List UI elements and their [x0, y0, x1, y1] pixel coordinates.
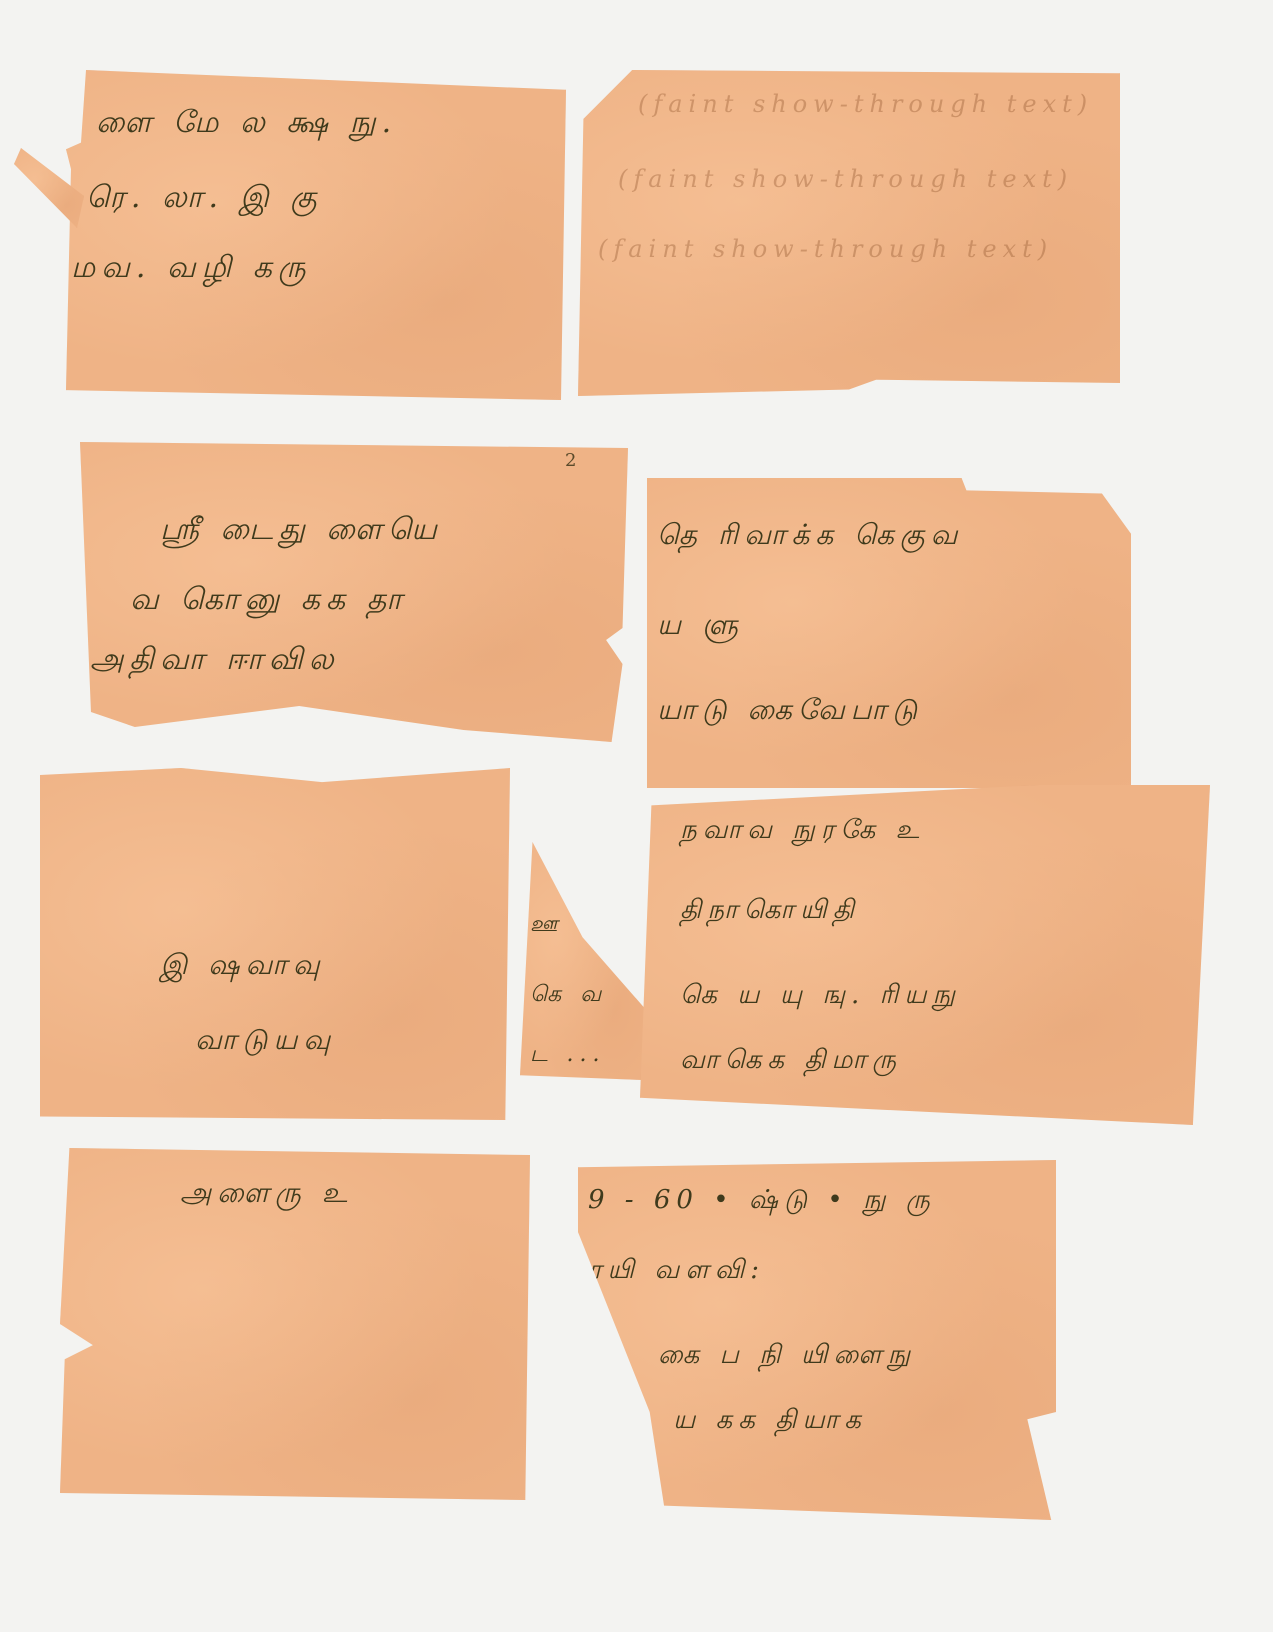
fragment-6: ஊ கெ வ ட ...: [520, 842, 645, 1080]
fragment-9-line-3: கை ப நி யிளைநு: [658, 1340, 916, 1373]
fragment-3: 2 ஸ்ரீ டைது ளையெ வ கொனு கக தா அதிவா ஈாவி…: [80, 442, 628, 742]
fragment-9-line-4: ய கக தியாக: [673, 1405, 867, 1438]
fragment-5: இ ஷவாவு வாடுயவு: [40, 768, 510, 1120]
fragment-1: ளை மே ல க்ஷ நு. ரெ. லா. இ கு மவ. வழி கரு: [66, 70, 566, 400]
fragment-7-line-1: நவாவ நுரகே உ: [680, 815, 925, 848]
fragment-3-line-2: வ கொனு கக தா: [130, 582, 408, 621]
document-photo: ளை மே ல க்ஷ நு. ரெ. லா. இ கு மவ. வழி கரு…: [0, 0, 1273, 1632]
fragment-1-line-1: ளை மே ல க்ஷ நு.: [96, 105, 397, 144]
fragment-4-line-2: ய ளு: [657, 608, 744, 645]
fragment-7: நவாவ நுரகே உ திநாகொயிதி கெ ய யு ஙு. ரியந…: [640, 785, 1210, 1125]
fragment-7-line-3: கெ ய யு ஙு. ரியநு: [680, 980, 961, 1013]
fragment-9-line-2: ரயி வளவி:: [588, 1255, 765, 1288]
fragment-2-line-3: (faint show-through text): [598, 235, 1053, 263]
fragment-2-line-1: (faint show-through text): [638, 90, 1093, 118]
fragment-1-line-3: மவ. வழி கரு: [71, 250, 312, 289]
fragment-6-line-2: கெ வ: [530, 982, 607, 1010]
fragment-4: தெ ரிவாக்க கெகுவ ய ளு யாடு கைவேபாடு: [647, 478, 1131, 788]
fragment-4-line-1: தெ ரிவாக்க கெகுவ: [657, 518, 963, 555]
fragment-1-line-2: ரெ. லா. இ கு: [86, 180, 323, 219]
fragment-4-line-3: யாடு கைவேபாடு: [657, 693, 923, 730]
fragment-8: அளைரு உ: [60, 1148, 530, 1500]
fragment-8-line-1: அளைரு உ: [180, 1176, 353, 1213]
fragment-5-line-1: இ ஷவாவு: [160, 948, 326, 985]
fragment-9: 9 - 60 • ஷ்டு • நு ரு ரயி வளவி: கை ப நி …: [578, 1160, 1056, 1520]
fragment-9-line-1: 9 - 60 • ஷ்டு • நு ரு: [588, 1185, 936, 1218]
fragment-7-line-4: வாகெக திமாரு: [680, 1045, 902, 1078]
fragment-3-corner-mark: 2: [565, 450, 576, 471]
fragment-5-line-2: வாடுயவு: [195, 1023, 336, 1060]
fragment-2: (faint show-through text) (faint show-th…: [578, 70, 1120, 396]
fragment-3-line-3: அதிவா ஈாவில: [90, 642, 340, 681]
fragment-7-line-2: திநாகொயிதி: [680, 895, 860, 928]
fragment-6-line-3: ட ...: [530, 1042, 605, 1070]
fragment-3-line-1: ஸ்ரீ டைது ளையெ: [160, 512, 443, 551]
fragment-6-line-1: ஊ: [530, 912, 564, 940]
fragment-2-line-2: (faint show-through text): [618, 165, 1073, 193]
